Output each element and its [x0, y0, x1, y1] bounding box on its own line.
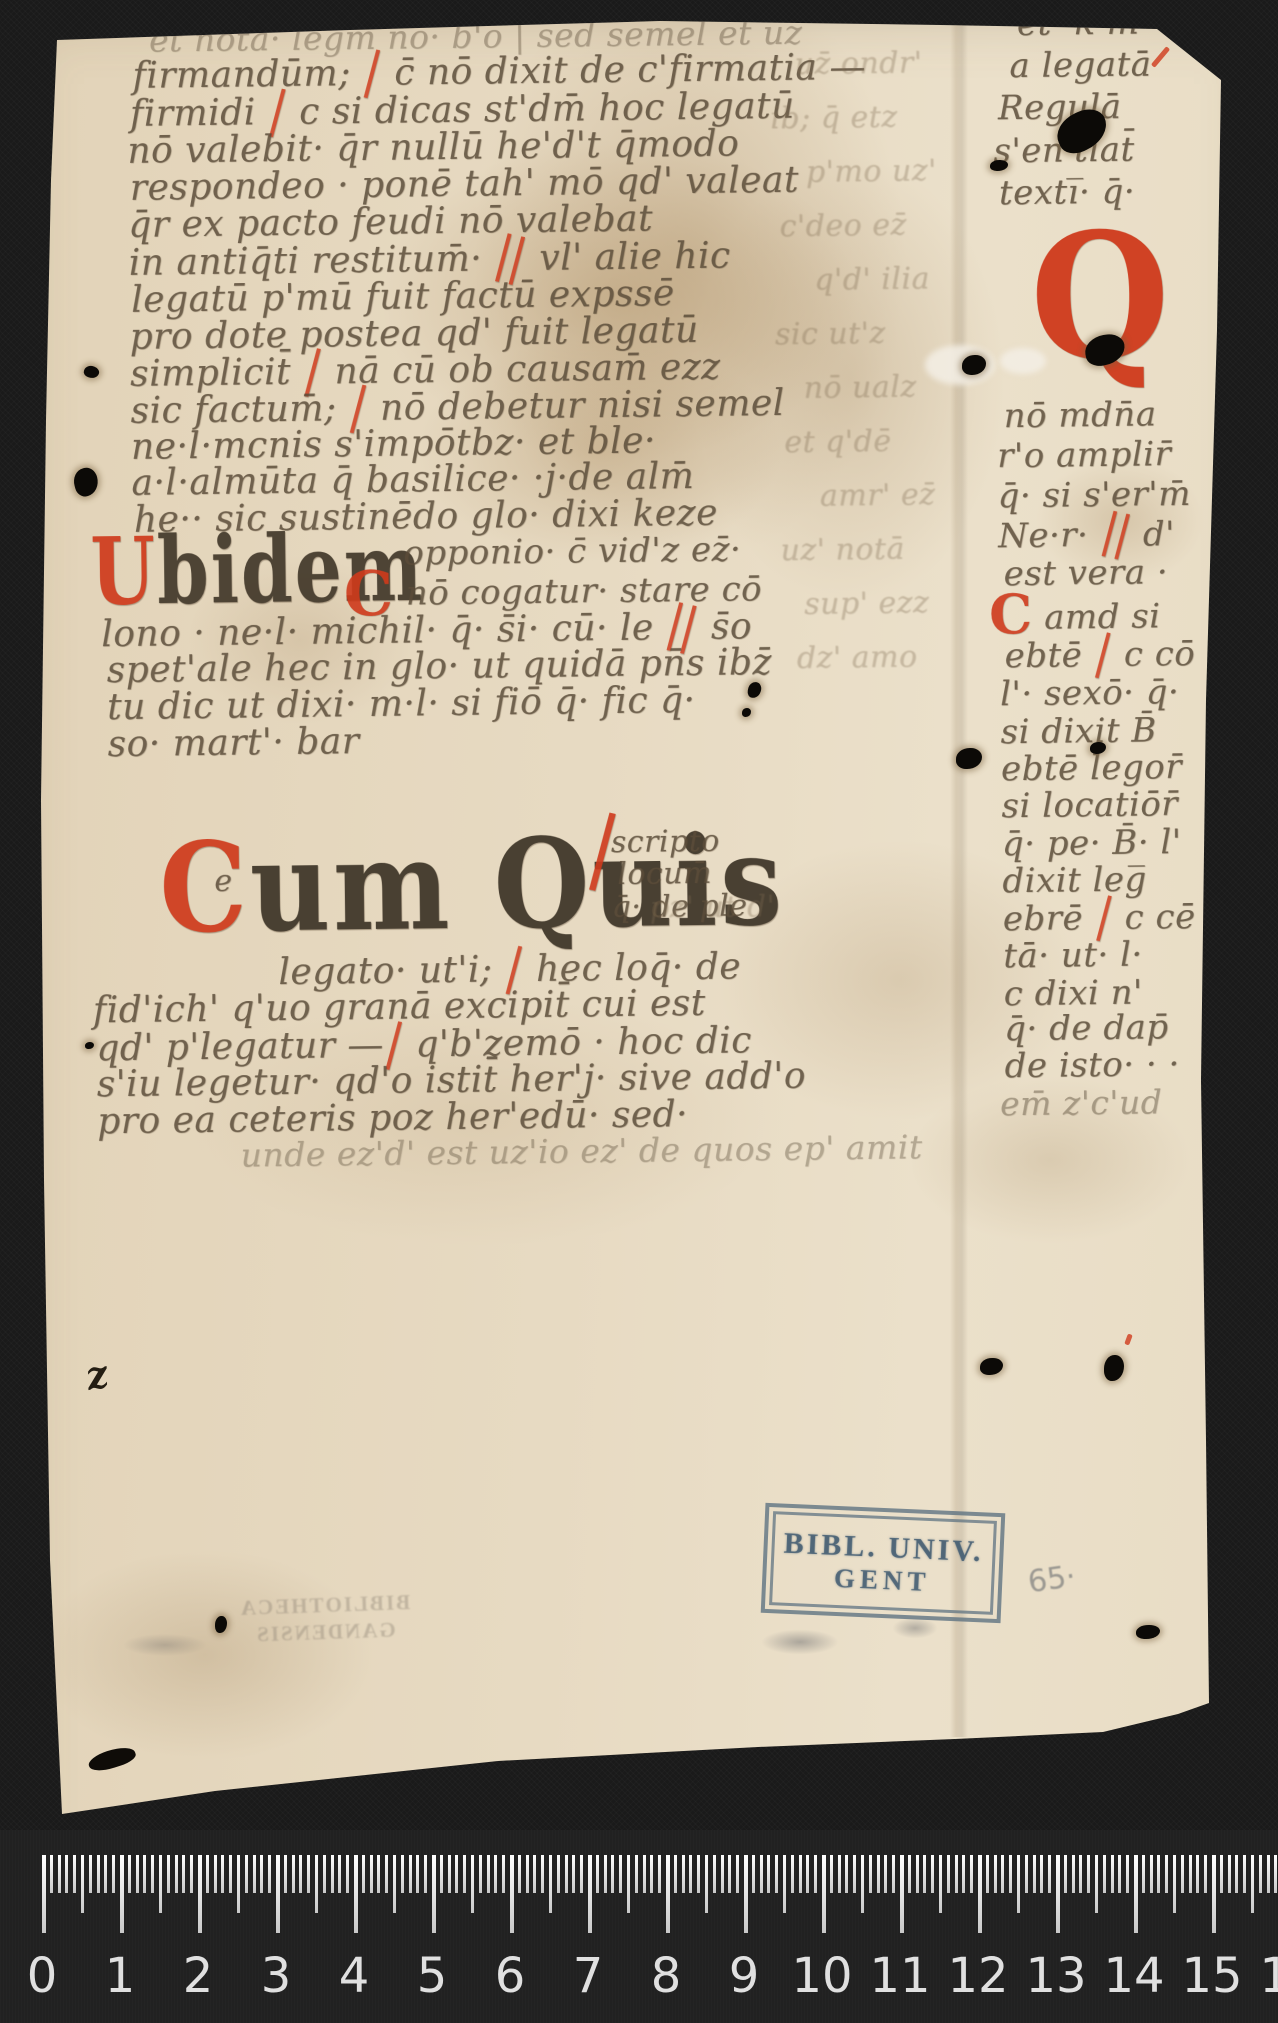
ruler-mm-tick: [1025, 1855, 1028, 1893]
ruler-mm-tick: [1001, 1855, 1004, 1893]
ruler-mm-tick: [206, 1855, 209, 1893]
ruler-half-cm-tick: [471, 1855, 474, 1913]
ruler-mm-tick: [767, 1855, 770, 1893]
manuscript-text-line: e: [214, 867, 233, 897]
ruler-mm-tick: [931, 1855, 934, 1893]
ink-text: e: [214, 864, 233, 899]
ruler-mm-tick: [814, 1855, 817, 1893]
ruler-mm-tick: [455, 1855, 458, 1893]
ruler-mm-tick: [1033, 1855, 1036, 1893]
ink-text: et q'dē: [784, 424, 892, 460]
ruler-mm-tick: [331, 1855, 334, 1893]
ruler-mm-tick: [424, 1855, 427, 1893]
rubric-red-text: Q: [1029, 194, 1171, 399]
ruler-mm-tick: [541, 1855, 544, 1893]
ruler-cm-tick: [744, 1855, 748, 1933]
ruler-mm-tick: [892, 1855, 895, 1893]
ruler-mm-tick: [377, 1855, 380, 1893]
ruler-mm-tick: [650, 1855, 653, 1893]
ruler-mm-tick: [572, 1855, 575, 1893]
ruler-mm-tick: [245, 1855, 248, 1893]
manuscript-text-line: c dixi n': [1004, 976, 1143, 1012]
ruler-half-cm-tick: [1173, 1855, 1176, 1913]
ruler-mm-tick: [994, 1855, 997, 1893]
showthrough-text-line: amr' ez̄: [819, 480, 935, 511]
ruler-mm-tick: [260, 1855, 263, 1893]
library-stamp-inner-border: BIBL. UNIV. GENT: [769, 1511, 997, 1615]
ink-text: so· mart'· bar: [107, 721, 359, 765]
ruler-cm-tick: [822, 1855, 826, 1933]
ruler-mm-tick: [346, 1855, 349, 1893]
manuscript-text-line: unde ez'd' est uz'io ez' de quos ep' ami…: [240, 1130, 922, 1171]
ruler-mm-tick: [370, 1855, 373, 1893]
ruler-half-cm-tick: [159, 1855, 162, 1913]
ruler-mm-tick: [58, 1855, 61, 1893]
ruler-cm-tick: [978, 1855, 982, 1933]
ink-text: amr' ez̄: [819, 477, 935, 513]
showthrough-text-line: nō ualz: [803, 372, 916, 403]
ruler-mm-tick: [1126, 1855, 1129, 1893]
ruler-half-cm-tick: [861, 1855, 864, 1913]
ruler-mm-tick: [674, 1855, 677, 1893]
ruler-mm-tick: [1009, 1855, 1012, 1893]
ruler-mm-tick: [292, 1855, 295, 1893]
ruler-mm-tick: [479, 1855, 482, 1893]
manuscript-text-line: ebrē / c cē: [1003, 900, 1196, 936]
ruler-half-cm-tick: [939, 1855, 942, 1913]
parchment-abrasion: [1000, 348, 1046, 374]
ruler-mm-tick: [565, 1855, 568, 1893]
ruler-mm-tick: [268, 1855, 271, 1893]
manuscript-text-line: nō cogatur· stare cō: [406, 572, 763, 610]
ruler-mm-tick: [1235, 1855, 1238, 1893]
ink-text: sup' ezz: [804, 585, 929, 622]
ruler-mm-tick: [253, 1855, 256, 1893]
ruler-cm-tick: [1056, 1855, 1060, 1933]
ruler-mm-tick: [221, 1855, 224, 1893]
ruler-mm-tick: [1079, 1855, 1082, 1893]
ink-text: uz' notā: [780, 531, 905, 568]
ruler-mm-tick: [1220, 1855, 1223, 1893]
ink-text: sic ut'z: [774, 316, 885, 352]
ruler-mm-tick: [526, 1855, 529, 1893]
ink-text: firmandūm;: [132, 53, 363, 97]
ink-text: pz' ut d': [649, 889, 775, 926]
showthrough-text-line: sic ut'z: [774, 319, 885, 350]
manuscript-text-line: nō mdn̄a: [1003, 397, 1156, 433]
ink-dash: [805, 1788, 815, 1824]
ruler-mm-tick: [611, 1855, 614, 1893]
ink-text: ebrē: [1003, 898, 1095, 939]
ruler-mm-tick: [502, 1855, 505, 1893]
ruler-half-cm-tick: [705, 1855, 708, 1913]
manuscript-text-block: et nota· leg̅m no· b'o | sed semel et uz…: [0, 0, 1278, 2023]
photo-stage: et nota· leg̅m no· b'o | sed semel et uz…: [0, 0, 1278, 2023]
ruler-mm-tick: [596, 1855, 599, 1893]
ruler-mm-tick: [440, 1855, 443, 1893]
ruler-mm-tick: [970, 1855, 973, 1893]
ruler-mm-tick: [1118, 1855, 1121, 1893]
ruler-cm-tick: [120, 1855, 124, 1933]
ruler-cm-tick: [666, 1855, 670, 1933]
ink-text: locum̄: [617, 856, 712, 892]
ruler-mm-tick: [806, 1855, 809, 1893]
ruler-number: 15: [1172, 1948, 1252, 2004]
ruler-mm-tick: [409, 1855, 412, 1893]
ink-text: si dixit B̄: [1000, 710, 1157, 752]
ruler-number: 0: [2, 1948, 82, 2004]
ruler-half-cm-tick: [81, 1855, 84, 1913]
ruler-mm-tick: [658, 1855, 661, 1893]
ruler-cm-tick: [900, 1855, 904, 1933]
ruler-mm-tick: [736, 1855, 739, 1893]
rubric-red-text: U: [90, 518, 158, 626]
ink-text: c cō: [1112, 634, 1195, 675]
ink-text: de isto· · ·: [1004, 1044, 1180, 1086]
ruler-mm-tick: [845, 1855, 848, 1893]
mirrored-stamp-showthrough: BIBLIOTHECA GANDENSIS: [214, 1588, 436, 1650]
manuscript-text-line: C: [989, 587, 1033, 642]
ruler-mm-tick: [1150, 1855, 1153, 1893]
ruler-mm-tick: [884, 1855, 887, 1893]
ruler-mm-tick: [362, 1855, 365, 1893]
ink-text: nō ualz: [803, 369, 916, 405]
manuscript-text-line: locum̄: [617, 859, 712, 890]
ruler-mm-tick: [1243, 1855, 1246, 1893]
ruler-mm-tick: [128, 1855, 131, 1893]
ruler-mm-tick: [916, 1855, 919, 1893]
ruler-mm-tick: [416, 1855, 419, 1893]
ruler-mm-tick: [214, 1855, 217, 1893]
ruler-mm-tick: [1196, 1855, 1199, 1893]
ink-text: uz̄ ondr': [794, 45, 922, 82]
ink-text: q̄· si s'er'm̄: [997, 474, 1191, 516]
ruler-mm-tick: [284, 1855, 287, 1893]
ruler-mm-tick: [775, 1855, 778, 1893]
ink-text: dixit leg̅: [1002, 860, 1147, 902]
showthrough-text-line: dz' amo: [796, 642, 917, 673]
ruler-cm-tick: [432, 1855, 436, 1933]
ruler-mm-tick: [830, 1855, 833, 1893]
ink-text: ebtē legor̄: [1001, 747, 1182, 789]
manuscript-text-line: ebtē legor̄: [1001, 750, 1182, 786]
ink-text: et· k·m̄: [1017, 3, 1140, 44]
ruler-number: 5: [392, 1948, 472, 2004]
ruler-half-cm-tick: [237, 1855, 240, 1913]
ink-text: d': [1131, 514, 1175, 555]
showthrough-text-line: pz' ut d': [649, 892, 775, 924]
library-stamp-line2: GENT: [833, 1562, 931, 1597]
ruler-half-cm-tick: [1095, 1855, 1098, 1913]
ink-text: em̄ z'c'ud: [1000, 1082, 1163, 1123]
ruler-half-cm-tick: [315, 1855, 318, 1913]
ink-text: a legatā: [1009, 44, 1152, 86]
ruler-mm-tick: [1064, 1855, 1067, 1893]
ruler-number: 3: [236, 1948, 316, 2004]
ruler-half-cm-tick: [783, 1855, 786, 1913]
ruler-half-cm-tick: [627, 1855, 630, 1913]
ruler-half-cm-tick: [1251, 1855, 1254, 1913]
ruler-cm-tick: [1134, 1855, 1138, 1933]
ruler-mm-tick: [307, 1855, 310, 1893]
manuscript-text-line: Ne·r· // d': [998, 517, 1175, 553]
ruler-mm-tick: [1040, 1855, 1043, 1893]
ruler-half-cm-tick: [1017, 1855, 1020, 1913]
manuscript-text-line: si locatiōr̄: [1001, 787, 1178, 823]
ruler-number: 13: [1016, 1948, 1096, 2004]
ink-text: si locatiōr̄: [1001, 784, 1178, 826]
ruler-half-cm-tick: [549, 1855, 552, 1913]
ink-text: Ne·r·: [998, 515, 1100, 556]
ruler-cm-tick: [354, 1855, 358, 1933]
ruler-number: 14: [1094, 1948, 1174, 2004]
ruler-mm-tick: [908, 1855, 911, 1893]
manuscript-text-line: ebtē / c cō: [1004, 637, 1195, 673]
ruler-number: 11: [860, 1948, 940, 2004]
ruler-number: 12: [938, 1948, 1018, 2004]
manuscript-text-line: r'o amplir̄: [997, 437, 1172, 473]
ink-text: tu dic ut dixi· m·l· si fiō q̄· fic q̄·: [107, 680, 696, 728]
ruler-half-cm-tick: [393, 1855, 396, 1913]
ruler-mm-tick: [604, 1855, 607, 1893]
ruler-mm-tick: [877, 1855, 880, 1893]
library-stamp-line1: BIBL. UNIV.: [783, 1526, 984, 1569]
ruler-mm-tick: [689, 1855, 692, 1893]
ruler-mm-tick: [635, 1855, 638, 1893]
ink-text: q̄· pe· B̄· l': [1002, 822, 1182, 864]
ink-text: tā· ut· l·: [1003, 935, 1143, 977]
ruler-mm-tick: [323, 1855, 326, 1893]
ruler-number: 9: [704, 1948, 784, 2004]
ink-text: r'o amplir̄: [997, 434, 1172, 476]
manuscript-text-line: scripto: [611, 827, 720, 858]
ruler-mm-tick: [65, 1855, 68, 1893]
ruler-cm-tick: [42, 1855, 46, 1933]
showthrough-text-line: q'd' ilia: [814, 264, 930, 295]
ruler-mm-tick: [697, 1855, 700, 1893]
ruler-number: 6: [470, 1948, 550, 2004]
ink-text: c'deo ez̄: [779, 207, 907, 244]
ruler-mm-tick: [752, 1855, 755, 1893]
ruler-mm-tick: [962, 1855, 965, 1893]
ink-text: dz' amo: [796, 639, 917, 675]
manuscript-text-line: q̄· pe· B̄· l': [1002, 825, 1182, 861]
ruler-mm-tick: [682, 1855, 685, 1893]
ruler-number: 7: [548, 1948, 628, 2004]
ruler-mm-tick: [853, 1855, 856, 1893]
ruler-mm-tick: [947, 1855, 950, 1893]
pencil-shelfmark-note: 65·: [1026, 1559, 1078, 1600]
ruler-mm-tick: [463, 1855, 466, 1893]
ruler-mm-tick: [1072, 1855, 1075, 1893]
showthrough-text-line: uz' notā: [780, 534, 905, 566]
showthrough-text-line: et q'dē: [784, 427, 892, 458]
ruler-mm-tick: [986, 1855, 989, 1893]
ruler-mm-tick: [643, 1855, 646, 1893]
ruler-mm-tick: [50, 1855, 53, 1893]
ruler-mm-tick: [73, 1855, 76, 1893]
showthrough-text-line: p'mo uz': [806, 156, 937, 188]
ruler-mm-tick: [1165, 1855, 1168, 1893]
manuscript-text-line: q̄· de dap̄: [1004, 1010, 1169, 1046]
ruler-mm-tick: [1267, 1855, 1270, 1893]
ruler-mm-tick: [728, 1855, 731, 1893]
ink-text: opponio· c̄ vid'z ez̄·: [403, 529, 741, 573]
ruler-mm-tick: [1103, 1855, 1106, 1893]
showthrough-text-line: uz̄ ondr': [794, 48, 922, 80]
ink-text: p'mo uz': [805, 153, 936, 190]
manuscript-page: et nota· leg̅m no· b'o | sed semel et uz…: [0, 0, 1278, 2023]
manuscript-text-line: em̄ z'c'ud: [1000, 1085, 1163, 1120]
ruler-mm-tick: [136, 1855, 139, 1893]
ruler-mm-tick: [518, 1855, 521, 1893]
manuscript-text-line: de isto· · ·: [1004, 1047, 1180, 1083]
ruler-mm-tick: [487, 1855, 490, 1893]
ink-text: vl' alie hic: [527, 236, 731, 279]
ruler-mm-tick: [494, 1855, 497, 1893]
ruler-mm-tick: [1189, 1855, 1192, 1893]
ink-text: unde ez'd' est uz'io ez' de quos ep' ami…: [240, 1127, 922, 1174]
ruler-mm-tick: [721, 1855, 724, 1893]
ink-text: q̄· de dap̄: [1004, 1007, 1169, 1049]
ruler-number: 16: [1250, 1948, 1278, 2004]
ruler-mm-tick: [385, 1855, 388, 1893]
ruler-mm-tick: [1142, 1855, 1145, 1893]
ruler-mm-tick: [1228, 1855, 1231, 1893]
ruler: 012345678910111213141516: [0, 1830, 1278, 2023]
ruler-mm-tick: [955, 1855, 958, 1893]
manuscript-text-line: so· mart'· bar: [107, 724, 359, 763]
ruler-mm-tick: [760, 1855, 763, 1893]
ruler-mm-tick: [557, 1855, 560, 1893]
ruler-mm-tick: [151, 1855, 154, 1893]
ruler-mm-tick: [1111, 1855, 1114, 1893]
showthrough-text-line: sup' ezz: [804, 588, 929, 620]
ruler-number: 1: [80, 1948, 160, 2004]
ruler-mm-tick: [448, 1855, 451, 1893]
ink-text: c cē: [1113, 897, 1196, 938]
ruler-cm-tick: [510, 1855, 514, 1933]
manuscript-text-line: a legatā: [1009, 47, 1151, 83]
ruler-mm-tick: [182, 1855, 185, 1893]
ruler-mm-tick: [869, 1855, 872, 1893]
ruler-mm-tick: [112, 1855, 115, 1893]
ruler-cm-tick: [1212, 1855, 1216, 1933]
ruler-mm-tick: [580, 1855, 583, 1893]
showthrough-text-line: ib; q̄ etz: [770, 103, 898, 135]
rubric-red-text: C: [159, 815, 251, 961]
ruler-cm-tick: [198, 1855, 202, 1933]
manuscript-text-line: tā· ut· l·: [1003, 938, 1143, 974]
ruler-mm-tick: [1087, 1855, 1090, 1893]
ink-text: scripto: [611, 824, 720, 860]
manuscript-text-line: dixit leg̅: [1002, 863, 1147, 899]
ruler-mm-tick: [799, 1855, 802, 1893]
ruler-mm-tick: [104, 1855, 107, 1893]
manuscript-text-line: l'· sexō· q̄·: [1000, 675, 1180, 711]
ruler-mm-tick: [190, 1855, 193, 1893]
manuscript-text-line: q̄· si s'er'm̄: [997, 477, 1191, 513]
ruler-mm-tick: [1204, 1855, 1207, 1893]
ruler-mm-tick: [97, 1855, 100, 1893]
ruler-number: 2: [158, 1948, 238, 2004]
library-stamp: BIBL. UNIV. GENT: [761, 1503, 1006, 1623]
ruler-mm-tick: [143, 1855, 146, 1893]
ruler-number: 4: [314, 1948, 394, 2004]
ruler-mm-tick: [1274, 1855, 1277, 1893]
ruler-mm-tick: [923, 1855, 926, 1893]
ruler-cm-tick: [276, 1855, 280, 1933]
ink-text: nō mdn̄a: [1003, 394, 1156, 436]
ink-text: ib; q̄ etz: [770, 100, 898, 137]
ruler-mm-tick: [838, 1855, 841, 1893]
ruler-mm-tick: [229, 1855, 232, 1893]
ruler-mm-tick: [619, 1855, 622, 1893]
ruler-mm-tick: [89, 1855, 92, 1893]
ruler-mm-tick: [1048, 1855, 1051, 1893]
ruler-mm-tick: [401, 1855, 404, 1893]
ruler-mm-tick: [713, 1855, 716, 1893]
ruler-mm-tick: [1181, 1855, 1184, 1893]
ruler-mm-tick: [533, 1855, 536, 1893]
ink-text: ebtē: [1004, 635, 1093, 676]
ink-text: q'd' ilia: [814, 261, 930, 297]
manuscript-text-line: opponio· c̄ vid'z ez̄·: [403, 532, 741, 570]
ruler-mm-tick: [338, 1855, 341, 1893]
ruler-cm-tick: [588, 1855, 592, 1933]
showthrough-text-line: c'deo ez̄: [779, 210, 907, 242]
manuscript-text-line: et· k·m̄: [1017, 6, 1140, 41]
ruler-mm-tick: [175, 1855, 178, 1893]
ruler-mm-tick: [1259, 1855, 1262, 1893]
ink-text: l'· sexō· q̄·: [1000, 672, 1180, 714]
ruler-mm-tick: [167, 1855, 170, 1893]
ruler-mm-tick: [299, 1855, 302, 1893]
ruler-mm-tick: [1157, 1855, 1160, 1893]
manuscript-text-line: tu dic ut dixi· m·l· si fiō q̄· fic q̄·: [107, 683, 696, 726]
ruler-number: 8: [626, 1948, 706, 2004]
ruler-mm-tick: [791, 1855, 794, 1893]
manuscript-text-line: si dixit B̄: [1000, 713, 1157, 749]
ruler-number: 10: [782, 1948, 862, 2004]
